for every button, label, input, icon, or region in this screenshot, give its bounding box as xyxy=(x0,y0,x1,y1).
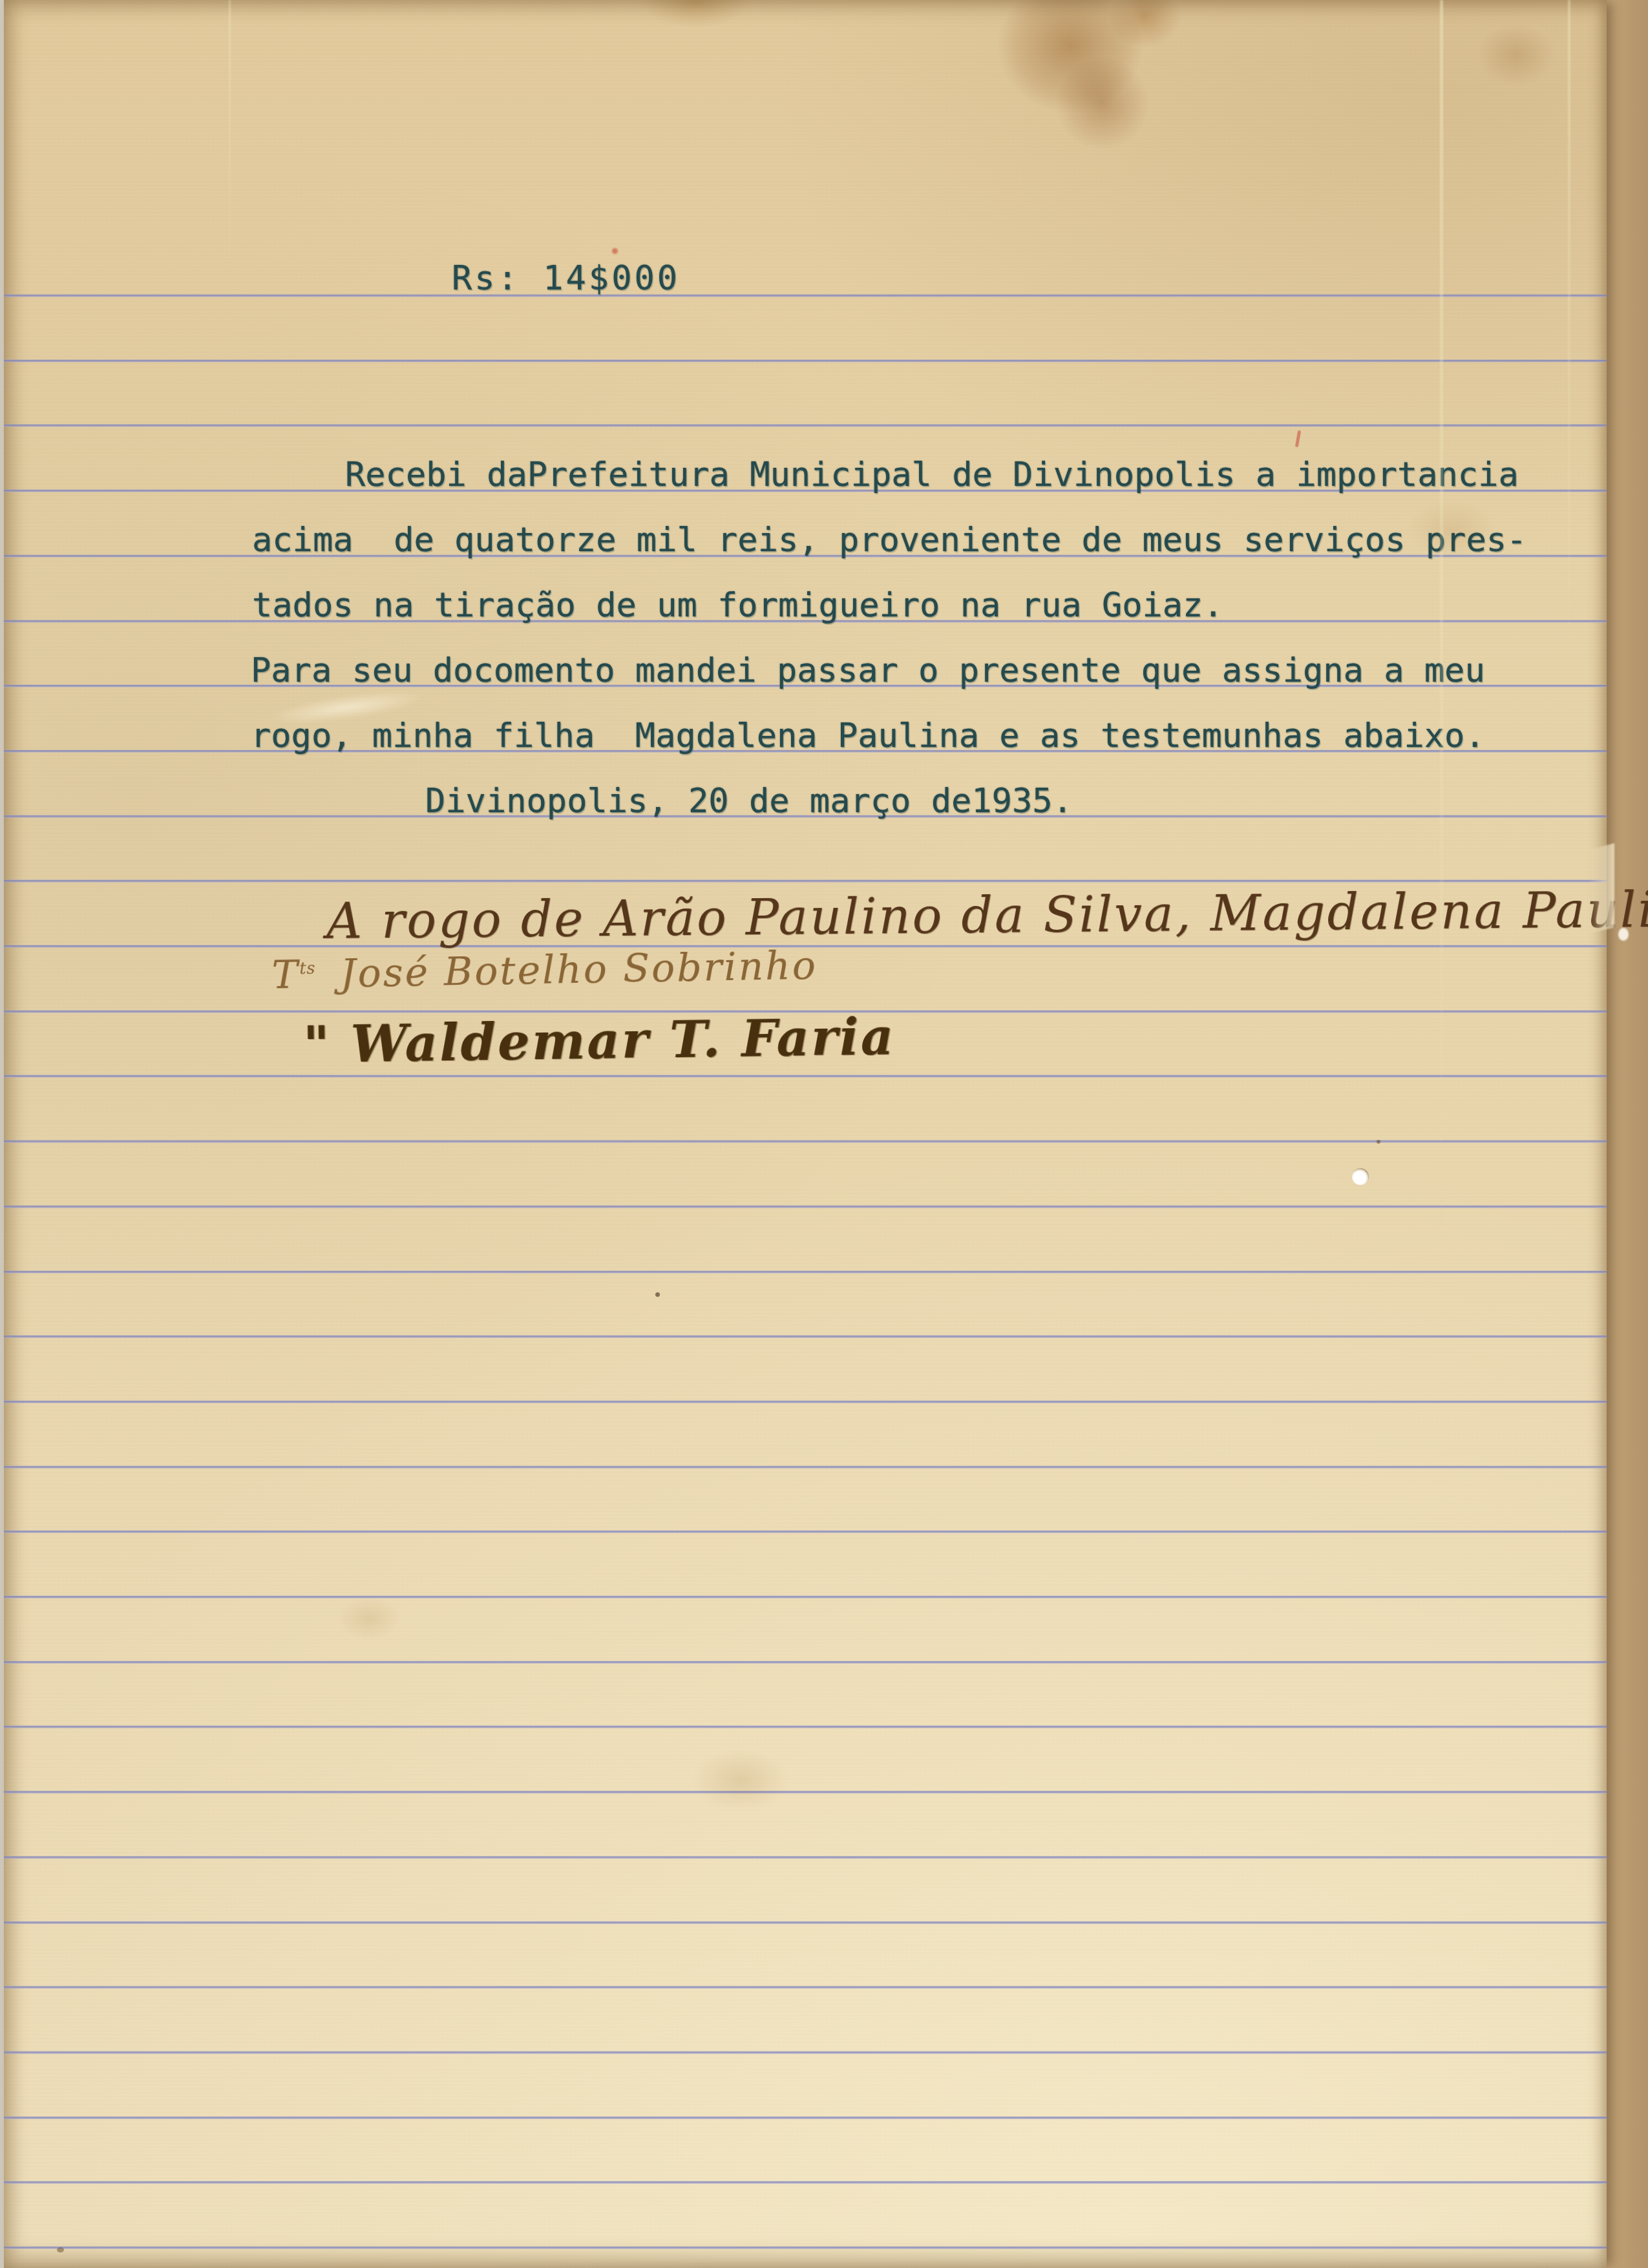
ruled-line xyxy=(4,1465,1607,1469)
dirt-speck xyxy=(655,1292,660,1297)
body-line-3: tados na tiração de um formigueiro na ru… xyxy=(252,587,1223,624)
amount-line: Rs: 14$000 xyxy=(452,260,680,297)
ruled-line xyxy=(4,1725,1607,1728)
ditto-mark: " xyxy=(302,1016,332,1075)
dirt-speck xyxy=(57,2247,64,2252)
ruled-line xyxy=(4,294,1607,297)
ruled-line xyxy=(4,2246,1607,2249)
paper-sheet: Rs: 14$000 Recebi daPrefeitura Municipal… xyxy=(4,0,1607,2268)
body-line-2: acima de quatorze mil reis, proveniente … xyxy=(252,522,1527,558)
edge-speck xyxy=(1618,928,1629,941)
pin-hole xyxy=(1352,1168,1369,1185)
ruled-line xyxy=(4,1530,1607,1533)
ruled-line xyxy=(4,359,1607,362)
ruled-line xyxy=(4,2116,1607,2119)
ruled-line xyxy=(4,2051,1607,2054)
dateline: Divinopolis, 20 de março de1935. xyxy=(425,783,1073,819)
ruled-line xyxy=(4,1790,1607,1794)
ruled-line xyxy=(4,2181,1607,2184)
ruled-line xyxy=(4,1400,1607,1403)
scanned-document: Rs: 14$000 Recebi daPrefeitura Municipal… xyxy=(0,0,1648,2268)
ruled-line xyxy=(4,1921,1607,1924)
body-line-4: Para seu docomento mandei passar o prese… xyxy=(251,653,1485,689)
ruled-line xyxy=(4,424,1607,427)
signature-line-witness-2: "Waldemar T. Faria xyxy=(185,949,896,1135)
ruled-line xyxy=(4,1856,1607,1859)
dirt-speck xyxy=(1377,1140,1380,1144)
ruled-line xyxy=(4,1140,1607,1143)
red-ink-speck xyxy=(612,248,618,254)
body-line-1: Recebi daPrefeitura Municipal de Divinop… xyxy=(345,457,1519,493)
ruled-line xyxy=(4,1270,1607,1274)
ruled-line xyxy=(4,1595,1607,1599)
ruled-line xyxy=(4,1661,1607,1664)
ruled-line xyxy=(4,1986,1607,1989)
signature-text: Waldemar T. Faria xyxy=(350,1007,896,1074)
torn-edge-chip xyxy=(1589,843,1614,934)
body-line-5: rogo, minha filha Magdalena Paulina e as… xyxy=(251,718,1485,754)
ruled-line xyxy=(4,1335,1607,1338)
ruled-line xyxy=(4,1205,1607,1208)
